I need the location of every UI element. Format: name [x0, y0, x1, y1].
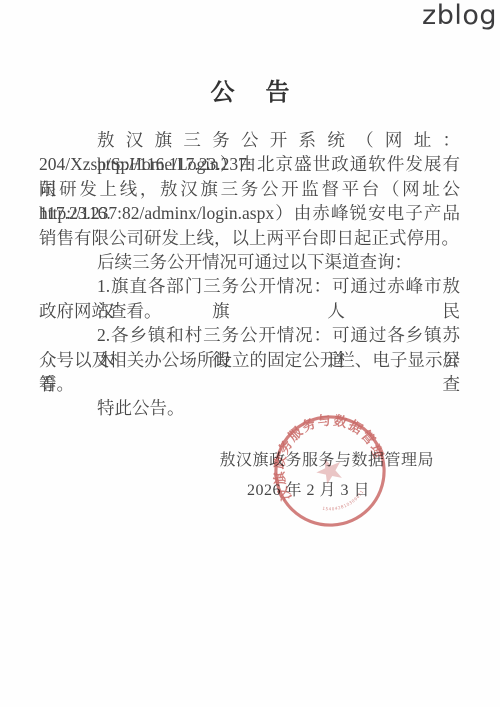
title-char-1: 公 [211, 72, 235, 107]
body-line: 特此公告。 [39, 396, 460, 420]
body-line: 销售有限公司研发上线，以上两平台即日起正式停用。 [39, 226, 460, 250]
official-seal: 敖汉旗政务服务与数据管理局 154042810309011 [271, 412, 389, 530]
body-text: 敖汉旗三务公开系统（网址：http://116.117.23.237:204/X… [39, 128, 460, 421]
body-line: 众号以及相关办公场所设立的固定公开栏、电子显示屏等查 [39, 348, 460, 372]
seal-ring-text: 敖汉旗政务服务与数据管理局 [271, 412, 388, 506]
title-char-2: 告 [266, 72, 290, 107]
body-line: 117.23.237:82/adminx/login.aspx）由赤峰锐安电子产… [39, 201, 460, 225]
page-title: 公 告 [0, 72, 500, 107]
body-line: 204/Xzsp/SpHome/Login）由北京盛世政通软件发展有限公 [39, 152, 460, 176]
body-line: 1.旗直各部门三务公开情况：可通过赤峰市敖汉旗人民 [39, 274, 460, 298]
seal-code: 154042810309011 [320, 488, 367, 518]
site-watermark: zblog [422, 0, 497, 31]
body-line: 2.各乡镇和村三务公开情况：可通过各乡镇苏木街道公 [39, 323, 460, 347]
seal-star-icon [312, 453, 346, 486]
body-line: 司研发上线，敖汉旗三务公开监督平台（网址：http://116. [39, 177, 460, 201]
announcement-page: zblog 公 告 敖汉旗三务公开系统（网址：http://116.117.23… [0, 0, 500, 707]
body-line: 敖汉旗三务公开系统（网址：http://116.117.23.237: [39, 128, 460, 152]
body-line: 后续三务公开情况可通过以下渠道查询： [39, 250, 460, 274]
